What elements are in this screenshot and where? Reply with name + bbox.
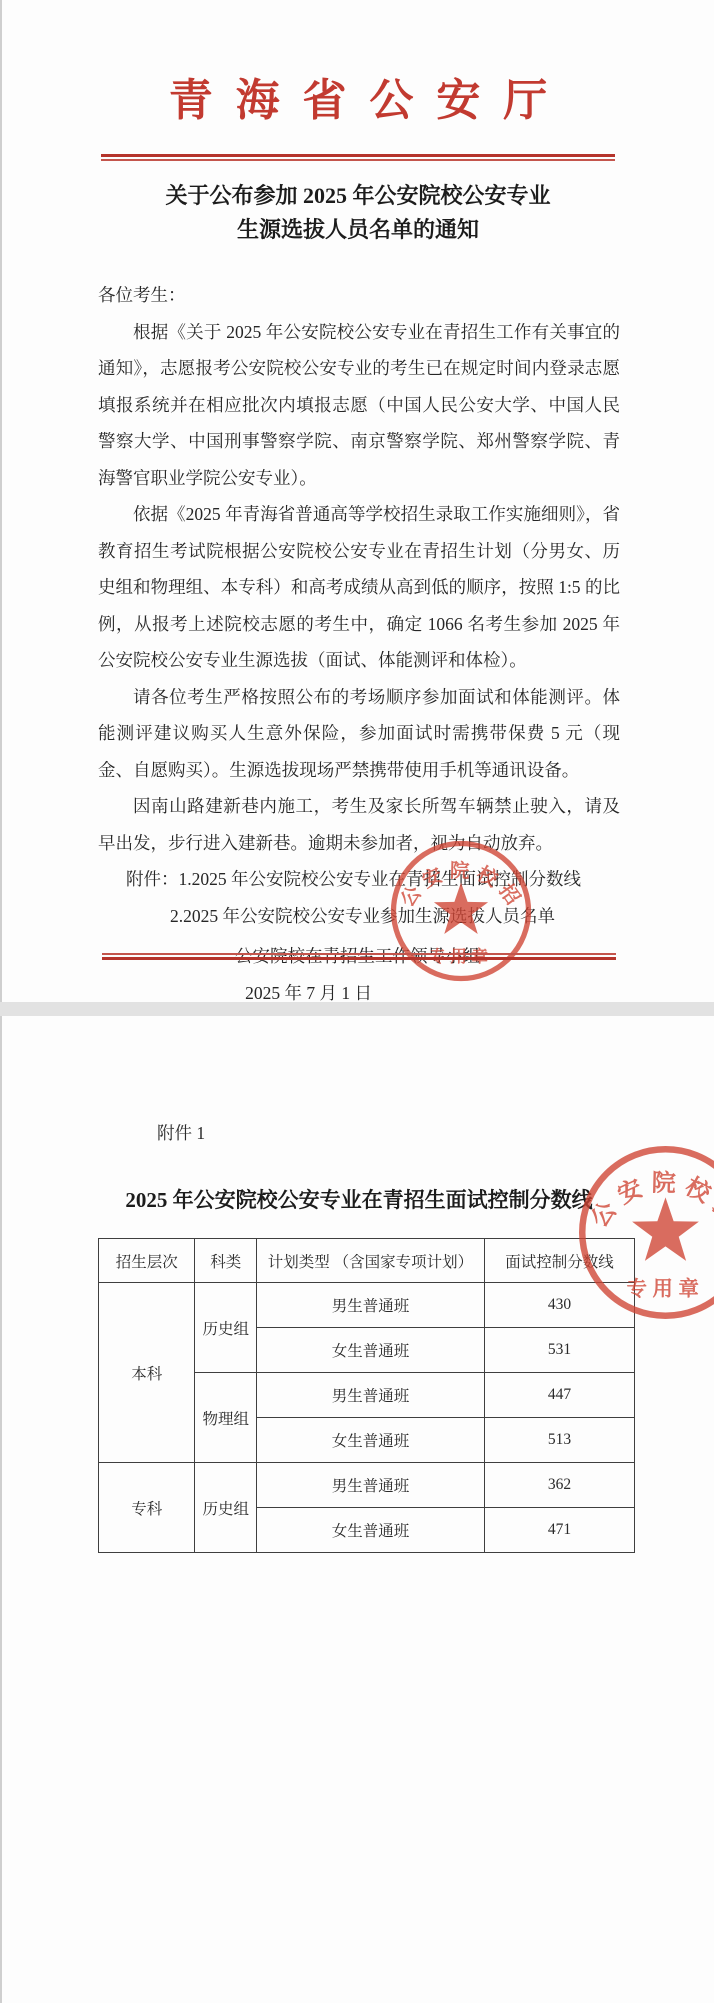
attachment-list-line2: 2.2025 年公安院校公安专业参加生源选拔人员名单 bbox=[98, 898, 620, 935]
seal-bottom-text: 专用章 bbox=[627, 1276, 705, 1300]
paragraph-4: 因南山路建新巷内施工，考生及家长所驾车辆禁止驶入，请及早出发，步行进入建新巷。逾… bbox=[98, 788, 620, 861]
cell-level-zhuanke: 专科 bbox=[99, 1463, 195, 1553]
agency-header: 青海省公安厅 bbox=[2, 64, 714, 128]
paragraph-1: 根据《关于 2025 年公安院校公安专业在青招生工作有关事宜的通知》，志愿报考公… bbox=[98, 314, 620, 497]
header-score-line: 面试控制分数线 bbox=[484, 1239, 634, 1283]
score-table: 招生层次 科类 计划类型 （含国家专项计划） 面试控制分数线 本科 历史组 男生… bbox=[98, 1238, 635, 1553]
document-title: 关于公布参加 2025 年公安院校公安专业 生源选拔人员名单的通知 bbox=[2, 179, 714, 247]
page-gap bbox=[0, 1002, 714, 1016]
cell-subject-history-1: 历史组 bbox=[195, 1283, 257, 1373]
salutation: 各位考生： bbox=[98, 277, 620, 314]
cell-plan: 女生普通班 bbox=[257, 1508, 485, 1553]
cell-plan: 女生普通班 bbox=[257, 1418, 485, 1463]
score-table-title: 2025 年公安院校公安专业在青招生面试控制分数线 bbox=[2, 1184, 714, 1214]
table-row: 专科 历史组 男生普通班 362 bbox=[99, 1463, 635, 1508]
document-title-line2: 生源选拔人员名单的通知 bbox=[2, 213, 714, 247]
paragraph-2: 依据《2025 年青海省普通高等学校招生录取工作实施细则》，省教育招生考试院根据… bbox=[98, 496, 620, 679]
cell-plan: 男生普通班 bbox=[257, 1373, 485, 1418]
notice-body: 各位考生： 根据《关于 2025 年公安院校公安专业在青招生工作有关事宜的通知》… bbox=[98, 277, 620, 1002]
attachment-number-label: 附件 1 bbox=[157, 1120, 205, 1145]
cell-score: 430 bbox=[484, 1283, 634, 1328]
table-header-row: 招生层次 科类 计划类型 （含国家专项计划） 面试控制分数线 bbox=[99, 1239, 635, 1283]
cell-plan: 男生普通班 bbox=[257, 1283, 485, 1328]
cell-subject-physics: 物理组 bbox=[195, 1373, 257, 1463]
attachment-page: 附件 1 2025 年公安院校公安专业在青招生面试控制分数线 招生层次 科类 计… bbox=[0, 1016, 714, 2003]
cell-plan: 女生普通班 bbox=[257, 1328, 485, 1373]
cell-subject-history-2: 历史组 bbox=[195, 1463, 257, 1553]
cell-score: 471 bbox=[484, 1508, 634, 1553]
document-title-line1: 关于公布参加 2025 年公安院校公安专业 bbox=[2, 179, 714, 213]
cell-score: 362 bbox=[484, 1463, 634, 1508]
header-level: 招生层次 bbox=[99, 1239, 195, 1283]
footer-divider-rule bbox=[102, 953, 616, 960]
header-plan-type: 计划类型 （含国家专项计划） bbox=[257, 1239, 485, 1283]
attachment-list-line1: 附件：1.2025 年公安院校公安专业在青招生面试控制分数线 bbox=[98, 861, 620, 898]
signature-date: 2025 年 7 月 1 日 bbox=[98, 975, 620, 1003]
paragraph-3: 请各位考生严格按照公布的考场顺序参加面试和体能测评。体能测评建议购买人生意外保险… bbox=[98, 679, 620, 789]
notice-page: 青海省公安厅 关于公布参加 2025 年公安院校公安专业 生源选拔人员名单的通知… bbox=[0, 0, 714, 1002]
table-row: 本科 历史组 男生普通班 430 bbox=[99, 1283, 635, 1328]
cell-plan: 男生普通班 bbox=[257, 1463, 485, 1508]
cell-score: 447 bbox=[484, 1373, 634, 1418]
header-subject: 科类 bbox=[195, 1239, 257, 1283]
cell-score: 513 bbox=[484, 1418, 634, 1463]
header-divider-rule bbox=[101, 154, 615, 161]
cell-score: 531 bbox=[484, 1328, 634, 1373]
cell-level-benke: 本科 bbox=[99, 1283, 195, 1463]
